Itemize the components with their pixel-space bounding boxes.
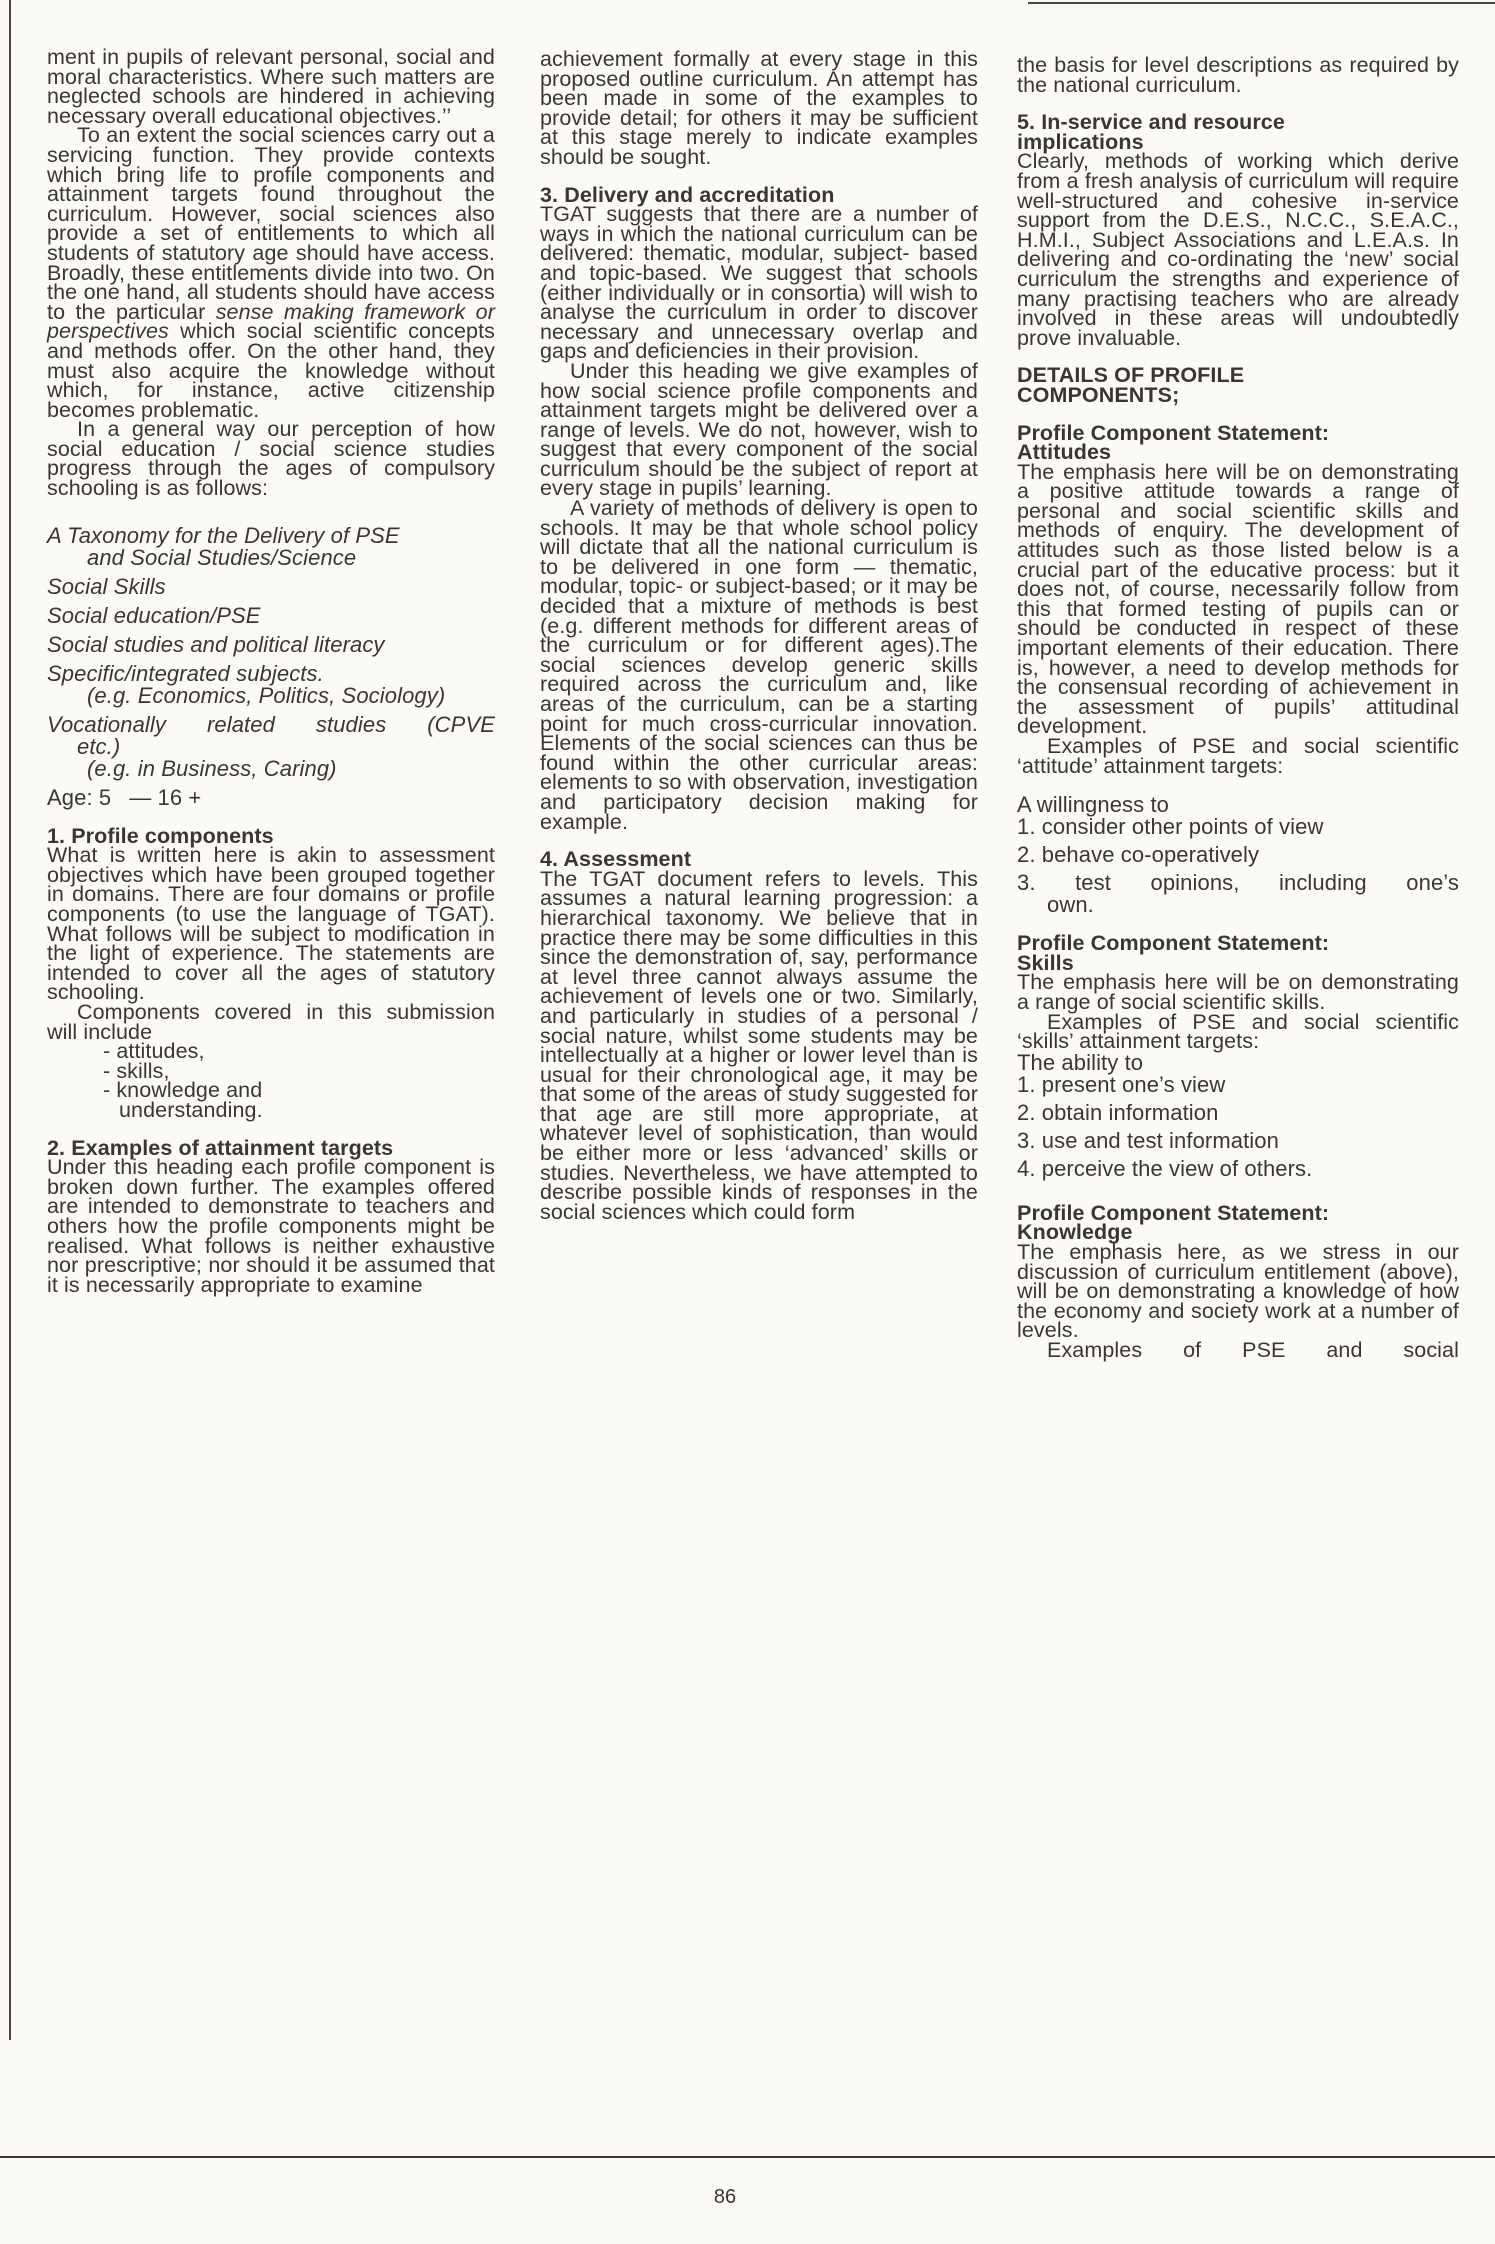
- list-item: 1. present one’s view: [1017, 1074, 1459, 1096]
- taxonomy-item: Social education/PSE: [47, 605, 495, 627]
- taxonomy-item-label: Vocationally related studies (CPVE: [47, 714, 495, 736]
- taxonomy-list: A Taxonomy for the Delivery of PSE and S…: [47, 525, 495, 809]
- column-1: ment in pupils of relevant personal, soc…: [47, 48, 495, 1295]
- list-item-cont: own.: [1017, 894, 1459, 916]
- subsection-heading: Profile Component Statement:Skills: [1017, 934, 1459, 973]
- paragraph: The emphasis here, as we stress in our d…: [1017, 1243, 1459, 1341]
- paragraph: ment in pupils of relevant personal, soc…: [47, 48, 495, 126]
- heading-line: Profile Component Statement:: [1017, 934, 1459, 954]
- list-item: 2. obtain information: [1017, 1102, 1459, 1124]
- taxonomy-subitem: (e.g. Economics, Politics, Sociology): [47, 685, 495, 707]
- top-column-rule: [1028, 2, 1495, 4]
- components-list: - attitudes, - skills, - knowledge and u…: [47, 1042, 495, 1120]
- attitude-targets-list: A willingness to 1. consider other point…: [1017, 794, 1459, 916]
- skills-targets-list: The ability to 1. present one’s view 2. …: [1017, 1052, 1459, 1180]
- list-intro: A willingness to: [1017, 794, 1459, 816]
- paragraph: The emphasis here will be on demonstrati…: [1017, 463, 1459, 737]
- paragraph: Clearly, methods of working which derive…: [1017, 152, 1459, 348]
- page-number: 86: [700, 2186, 750, 2209]
- taxonomy-title-line: and Social Studies/Science: [47, 547, 495, 569]
- age-range-end: — 16 +: [129, 785, 201, 810]
- paragraph: To an extent the social sciences carry o…: [47, 126, 495, 420]
- taxonomy-subitem: (e.g. in Business, Caring): [47, 758, 495, 780]
- paragraph: Examples of PSE and social: [1017, 1341, 1459, 1361]
- paragraph: In a general way our perception of how s…: [47, 420, 495, 498]
- taxonomy-item: Vocationally related studies (CPVE etc.)…: [47, 714, 495, 780]
- list-item-cont: understanding.: [103, 1101, 495, 1121]
- section-heading: 5. In-service and resource implications: [1017, 113, 1397, 152]
- details-heading: DETAILS OF PROFILE COMPONENTS;: [1017, 366, 1347, 405]
- column-3: the basis for level descriptions as requ…: [1017, 56, 1459, 1361]
- list-item: 3. test opinions, including one’s: [1017, 872, 1459, 894]
- taxonomy-item-label: Specific/integrated subjects.: [47, 663, 495, 685]
- footer-rule: [0, 2156, 1495, 2158]
- list-item: 4. perceive the view of others.: [1017, 1158, 1459, 1180]
- paragraph: Examples of PSE and social scientific ‘a…: [1017, 737, 1459, 776]
- left-margin-rule: [9, 0, 11, 2040]
- paragraph: Components covered in this submission wi…: [47, 1003, 495, 1042]
- paragraph: The TGAT document refers to levels. This…: [540, 870, 978, 1223]
- age-range: Age: 5— 16 +: [47, 787, 495, 809]
- paragraph: achievement formally at every stage in t…: [540, 50, 978, 168]
- paragraph: What is written here is akin to assessme…: [47, 846, 495, 1003]
- list-item: 3. use and test information: [1017, 1130, 1459, 1152]
- paragraph: TGAT suggests that there are a number of…: [540, 205, 978, 362]
- list-intro: The ability to: [1017, 1052, 1459, 1074]
- paragraph: Examples of PSE and social scientific ‘s…: [1017, 1013, 1459, 1052]
- list-item: 1. consider other points of view: [1017, 816, 1459, 838]
- paragraph: A variety of methods of delivery is open…: [540, 499, 978, 832]
- text-run: To an extent the social sciences carry o…: [47, 123, 495, 323]
- subsection-heading: Profile Component Statement:Attitudes: [1017, 424, 1459, 463]
- taxonomy-item: Social studies and political literacy: [47, 634, 495, 656]
- subsection-heading: Profile Component Statement:Knowledge: [1017, 1204, 1459, 1243]
- paragraph: the basis for level descriptions as requ…: [1017, 56, 1459, 95]
- paragraph: Under this heading each profile componen…: [47, 1158, 495, 1295]
- paragraph: Under this heading we give examples of h…: [540, 362, 978, 499]
- taxonomy-title-line: A Taxonomy for the Delivery of PSE: [47, 525, 495, 547]
- taxonomy-title: A Taxonomy for the Delivery of PSE and S…: [47, 525, 495, 569]
- paragraph: The emphasis here will be on demonstrati…: [1017, 973, 1459, 1012]
- age-label: Age: 5: [47, 785, 111, 810]
- column-2: achievement formally at every stage in t…: [540, 50, 978, 1222]
- taxonomy-item: Specific/integrated subjects. (e.g. Econ…: [47, 663, 495, 707]
- taxonomy-item-cont: etc.): [47, 736, 495, 758]
- list-item: 2. behave co-operatively: [1017, 844, 1459, 866]
- taxonomy-item: Social Skills: [47, 576, 495, 598]
